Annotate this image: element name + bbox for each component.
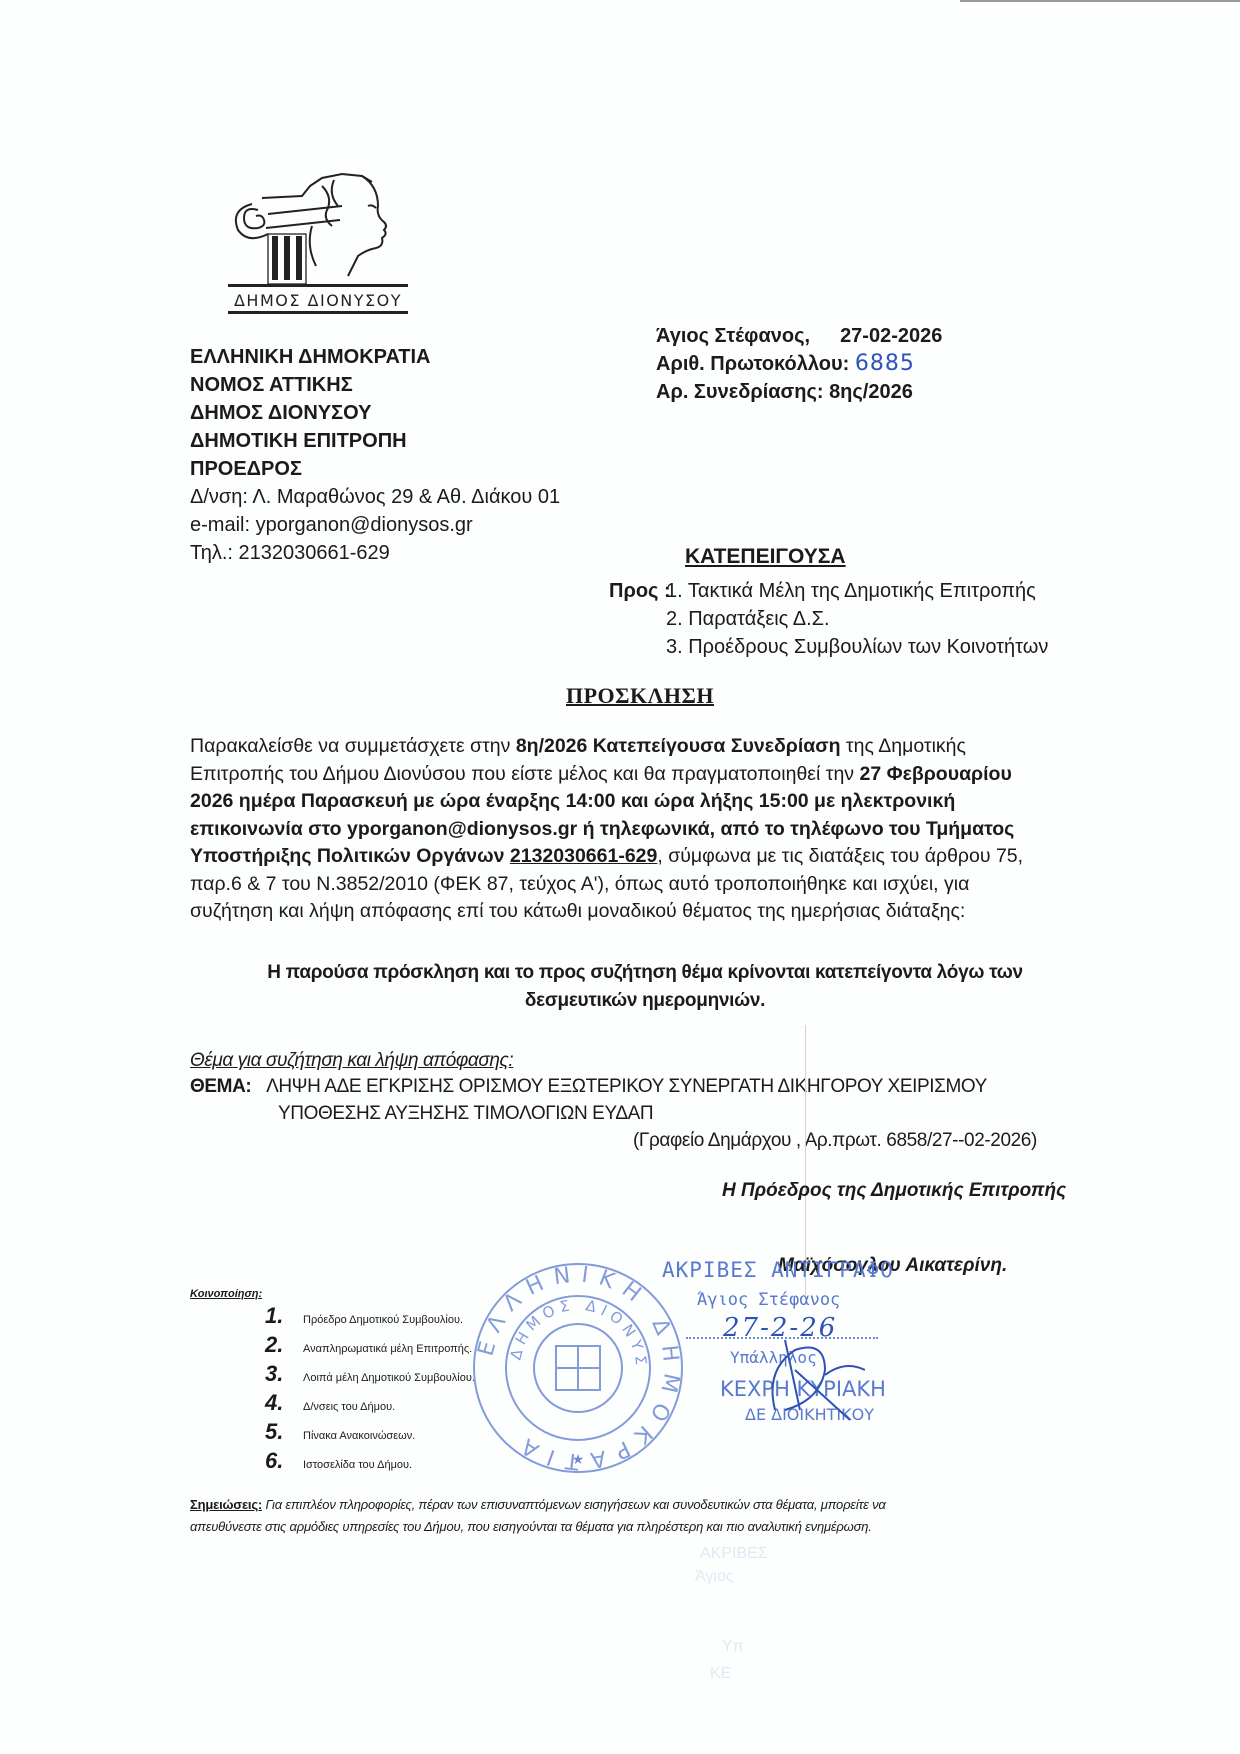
protocol-number-handwritten: 6885: [855, 351, 915, 376]
recipient-item: 2. Παρατάξεις Δ.Σ.: [666, 605, 830, 633]
certified-copy-title: ΑΚΡΙΒΕΣ ΑΝΤΙΓΡΑΦΟ: [662, 1258, 894, 1282]
svg-text:ΔΗΜΟΣ ΔΙΟΝΥΣΟΥ: ΔΗΜΟΣ ΔΙΟΝΥΣΟΥ: [234, 291, 402, 310]
subject-label: ΘΕΜΑ:: [190, 1076, 251, 1097]
distribution-heading: Κοινοποίηση:: [190, 1288, 262, 1300]
distribution-item: 5.Πίνακα Ανακοινώσεων.: [265, 1419, 475, 1448]
session-number-row: Αρ. Συνεδρίασης: 8ης/2026: [656, 378, 913, 406]
subject-line: ΘΕΜΑ: ΛΗΨΗ ΑΔΕ ΕΓΚΡΙΣΗΣ ΟΡΙΣΜΟΥ ΕΞΩΤΕΡΙΚ…: [190, 1076, 987, 1098]
session-label: Αρ. Συνεδρίασης:: [656, 381, 824, 403]
body-line: συζήτηση και λήψη απόφασης επί του κάτωθ…: [190, 898, 1100, 926]
subject-reference: (Γραφείο Δημάρχου , Αρ.πρωτ. 6858/27--02…: [633, 1130, 1037, 1152]
scan-edge-line: [960, 0, 1240, 2]
bleed-through-text: ΚΕ: [710, 1665, 731, 1683]
session-value: 8ης/2026: [829, 381, 913, 403]
document-date: 27-02-2026: [840, 325, 942, 347]
dionysus-head-column-logo-icon: ΔΗΜΟΣ ΔΙΟΝΥΣΟΥ: [222, 156, 414, 316]
sender-line: ΔΗΜΟΣ ΔΙΟΝΥΣΟΥ: [190, 399, 371, 427]
invitation-body: Παρακαλείσθε να συμμετάσχετε στην 8η/202…: [190, 733, 1100, 926]
distribution-item: 3.Λοιπά μέλη Δημοτικού Συμβουλίου.: [265, 1361, 475, 1390]
sender-line: ΝΟΜΟΣ ΑΤΤΙΚΗΣ: [190, 371, 353, 399]
document-title: ΠΡΟΣΚΛΗΣΗ: [566, 683, 714, 709]
subject-heading: Θέμα για συζήτηση και λήψη απόφασης:: [190, 1050, 513, 1072]
sender-phone: Τηλ.: 2132030661-629: [190, 539, 390, 567]
municipality-logo: ΔΗΜΟΣ ΔΙΟΝΥΣΟΥ: [222, 156, 414, 316]
subject-line-2: ΥΠΟΘΕΣΗΣ ΑΥΞΗΣΗΣ ΤΙΜΟΛΟΓΙΩΝ ΕΥΔΑΠ: [278, 1103, 653, 1125]
bleed-through-text: Υπ: [722, 1638, 744, 1656]
place-label: Άγιος Στέφανος,: [656, 325, 810, 347]
distribution-item: 1.Πρόεδρο Δημοτικού Συμβουλίου.: [265, 1303, 475, 1332]
body-line: 2026 ημέρα Παρασκευή με ώρα έναρξης 14:0…: [190, 788, 1100, 816]
protocol-label: Αριθ. Πρωτοκόλλου:: [656, 353, 849, 375]
official-seal-stamp: ΕΛΛΗΝΙΚΗ ΔΗΜΟΚΡΑΤΙΑ ΔΗΜΟΣ ΔΙΟΝΥΣΟΥ ★: [468, 1258, 688, 1478]
certified-copy-place: Άγιος Στέφανος: [697, 1290, 840, 1310]
distribution-list: 1.Πρόεδρο Δημοτικού Συμβουλίου. 2.Αναπλη…: [265, 1303, 475, 1477]
sender-line: ΔΗΜΟΤΙΚΗ ΕΠΙΤΡΟΠΗ: [190, 427, 407, 455]
notes-line-2: απευθύνεστε στις αρμόδιες υπηρεσίες του …: [190, 1519, 872, 1534]
body-line: Παρακαλείσθε να συμμετάσχετε στην 8η/202…: [190, 733, 1100, 761]
distribution-item: 2.Αναπληρωματικά μέλη Επιτροπής.: [265, 1332, 475, 1361]
bleed-through-text: ΑΚΡΙΒΕΣ: [700, 1545, 768, 1563]
support-phone: 2132030661-629: [510, 845, 657, 867]
protocol-number-row: Αριθ. Πρωτοκόλλου: 6885: [656, 350, 915, 378]
urgent-note-line: δεσμευτικών ημερομηνιών.: [190, 990, 1100, 1012]
sender-email: e-mail: yporganon@dionysos.gr: [190, 511, 473, 539]
urgency-label: ΚΑΤΕΠΕΙΓΟΥΣΑ: [685, 545, 846, 569]
distribution-item: 4.Δ/νσεις του Δήμου.: [265, 1390, 475, 1419]
notes-line-1: Σημειώσεις: Για επιπλέον πληροφορίες, πέ…: [190, 1497, 886, 1512]
urgent-note-line: Η παρούσα πρόσκληση και το προς συζήτηση…: [190, 962, 1100, 984]
sender-line: ΠΡΟΕΔΡΟΣ: [190, 455, 302, 483]
body-line: επικοινωνία στο yporganon@dionysos.gr ή …: [190, 816, 1100, 844]
svg-text:★: ★: [572, 1451, 585, 1467]
recipients-label: Προς :: [609, 577, 671, 605]
notes-label: Σημειώσεις:: [190, 1497, 262, 1512]
body-line: Υποστήριξης Πολιτικών Οργάνων 2132030661…: [190, 843, 1100, 871]
recipient-item: 3. Προέδρους Συμβουλίων των Κοινοτήτων: [666, 633, 1048, 661]
subject-text: ΛΗΨΗ ΑΔΕ ΕΓΚΡΙΣΗΣ ΟΡΙΣΜΟΥ ΕΞΩΤΕΡΙΚΟΥ ΣΥΝ…: [266, 1076, 987, 1097]
sender-address: Δ/νση: Λ. Μαραθώνος 29 & Αθ. Διάκου 01: [190, 483, 560, 511]
recipient-item: 1. Τακτικά Μέλη της Δημοτικής Επιτροπής: [666, 577, 1036, 605]
bleed-through-text: Άγιος: [695, 1568, 734, 1586]
signatory-title: Η Πρόεδρος της Δημοτικής Επιτροπής: [722, 1180, 1066, 1202]
body-line: Επιτροπής του Δήμου Διονύσου που είστε μ…: [190, 761, 1100, 789]
distribution-item: 6.Ιστοσελίδα του Δήμου.: [265, 1448, 475, 1477]
handwritten-signature-icon: [755, 1330, 865, 1430]
seal-icon: ΕΛΛΗΝΙΚΗ ΔΗΜΟΚΡΑΤΙΑ ΔΗΜΟΣ ΔΙΟΝΥΣΟΥ ★: [468, 1258, 688, 1478]
place-date: Άγιος Στέφανος,27-02-2026: [656, 322, 942, 350]
sender-line: ΕΛΛΗΝΙΚΗ ΔΗΜΟΚΡΑΤΙΑ: [190, 343, 431, 371]
body-line: παρ.6 & 7 του Ν.3852/2010 (ΦΕΚ 87, τεύχο…: [190, 871, 1100, 899]
